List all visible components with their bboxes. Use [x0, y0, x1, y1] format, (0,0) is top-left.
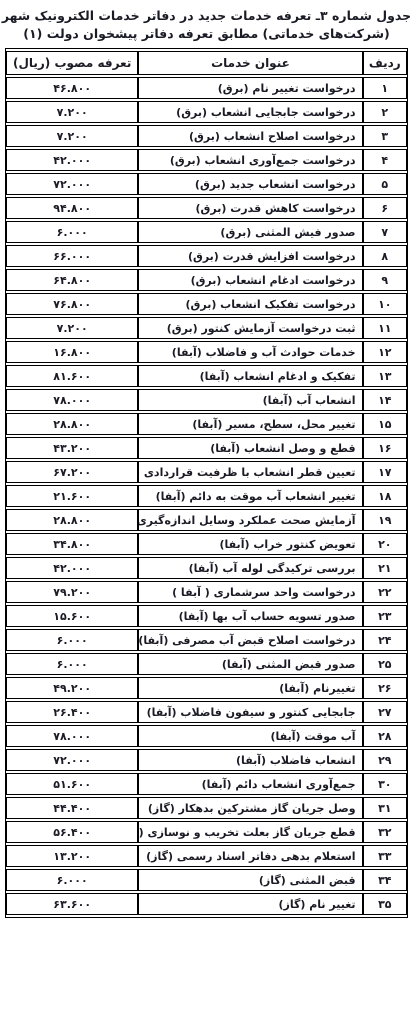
table-row: ۸درخواست افزایش قدرت (برق)۶۶.۰۰۰: [6, 245, 407, 267]
row-number-cell: ۲: [363, 101, 407, 123]
service-title-cell: بررسی ترکیدگی لوله آب (آبفا): [138, 557, 362, 579]
tariff-value-cell: ۶۳.۶۰۰: [6, 893, 138, 915]
row-number-cell: ۹: [363, 269, 407, 291]
table-row: ۲۷جابجایی کنتور و سیفون فاضلاب (آبفا)۲۶.…: [6, 701, 407, 723]
service-title-cell: خدمات حوادث آب و فاضلاب (آبفا): [138, 341, 362, 363]
service-title-cell: آزمایش صحت عملکرد وسایل اندازه‌گیری (آبف…: [138, 509, 362, 531]
service-title-cell: ثبت درخواست آزمایش کنتور (برق): [138, 317, 362, 339]
tariff-value-cell: ۱۶.۸۰۰: [6, 341, 138, 363]
tariff-value-cell: ۷۲.۰۰۰: [6, 173, 138, 195]
tariff-value-cell: ۲۸.۸۰۰: [6, 413, 138, 435]
tariff-value-cell: ۷۲.۰۰۰: [6, 749, 138, 771]
table-row: ۳۱وصل جریان گاز مشترکین بدهکار (گاز)۴۴.۴…: [6, 797, 407, 819]
row-number-cell: ۱۵: [363, 413, 407, 435]
tariff-value-cell: ۴۳.۲۰۰: [6, 437, 138, 459]
service-title-cell: قطع جریان گاز بعلت تخریب و نوسازی (گاز): [138, 821, 362, 843]
tariff-value-cell: ۴۲.۰۰۰: [6, 557, 138, 579]
row-number-cell: ۱۲: [363, 341, 407, 363]
page-title-line2: (شرکت‌های خدماتی) مطابق تعرفه دفاتر پیشخ…: [0, 25, 413, 43]
tariff-value-cell: ۴۲.۰۰۰: [6, 149, 138, 171]
table-row: ۱درخواست تغییر نام (برق)۴۶.۸۰۰: [6, 77, 407, 99]
table-row: ۳۳استعلام بدهی دفاتر اسناد رسمی (گاز)۱۳.…: [6, 845, 407, 867]
service-title-cell: تغییر نام (گاز): [138, 893, 362, 915]
row-number-cell: ۱: [363, 77, 407, 99]
tariff-value-cell: ۵۶.۴۰۰: [6, 821, 138, 843]
tariff-value-cell: ۶.۰۰۰: [6, 653, 138, 675]
table-row: ۳۰جمع‌آوری انشعاب دائم (آبفا)۵۱.۶۰۰: [6, 773, 407, 795]
service-title-cell: وصل جریان گاز مشترکین بدهکار (گاز): [138, 797, 362, 819]
service-title-cell: درخواست کاهش قدرت (برق): [138, 197, 362, 219]
tariff-value-cell: ۶.۰۰۰: [6, 869, 138, 891]
table-row: ۲۴درخواست اصلاح قبض آب مصرفی (آبفا)۶.۰۰۰: [6, 629, 407, 651]
header-service-title: عنوان خدمات: [138, 51, 362, 75]
service-title-cell: جابجایی کنتور و سیفون فاضلاب (آبفا): [138, 701, 362, 723]
service-title-cell: تعیین قطر انشعاب با ظرفیت قراردادی (آبفا…: [138, 461, 362, 483]
service-title-cell: انشعاب فاضلاب (آبفا): [138, 749, 362, 771]
tariff-table-body: ۱درخواست تغییر نام (برق)۴۶.۸۰۰۲درخواست ج…: [6, 77, 407, 915]
tariff-value-cell: ۶۷.۲۰۰: [6, 461, 138, 483]
table-row: ۱۵تغییر محل، سطح، مسیر (آبفا)۲۸.۸۰۰: [6, 413, 407, 435]
service-title-cell: درخواست تفکیک انشعاب (برق): [138, 293, 362, 315]
row-number-cell: ۳۲: [363, 821, 407, 843]
tariff-value-cell: ۳۴.۸۰۰: [6, 533, 138, 555]
row-number-cell: ۱۹: [363, 509, 407, 531]
table-row: ۲۸آب موقت (آبفا)۷۸.۰۰۰: [6, 725, 407, 747]
page-title-line1: جدول شماره ۳ـ تعرفه خدمات جدید در دفاتر …: [0, 7, 413, 25]
table-row: ۱۴انشعاب آب (آبفا)۷۸.۰۰۰: [6, 389, 407, 411]
tariff-value-cell: ۱۳.۲۰۰: [6, 845, 138, 867]
service-title-cell: صدور تسویه حساب آب بها (آبفا): [138, 605, 362, 627]
table-row: ۵درخواست انشعاب جدید (برق)۷۲.۰۰۰: [6, 173, 407, 195]
tariff-value-cell: ۹۴.۸۰۰: [6, 197, 138, 219]
tariff-value-cell: ۶۶.۰۰۰: [6, 245, 138, 267]
table-row: ۲۹انشعاب فاضلاب (آبفا)۷۲.۰۰۰: [6, 749, 407, 771]
service-title-cell: استعلام بدهی دفاتر اسناد رسمی (گاز): [138, 845, 362, 867]
header-row-number: ردیف: [363, 51, 407, 75]
table-row: ۱۸تغییر انشعاب آب موقت به دائم (آبفا)۲۱.…: [6, 485, 407, 507]
table-row: ۱۰درخواست تفکیک انشعاب (برق)۷۶.۸۰۰: [6, 293, 407, 315]
table-row: ۱۲خدمات حوادث آب و فاضلاب (آبفا)۱۶.۸۰۰: [6, 341, 407, 363]
row-number-cell: ۱۰: [363, 293, 407, 315]
service-title-cell: تعویض کنتور خراب (آبفا): [138, 533, 362, 555]
table-row: ۲۲درخواست واحد سرشماری ( آبفا )۷۹.۲۰۰: [6, 581, 407, 603]
tariff-value-cell: ۵۱.۶۰۰: [6, 773, 138, 795]
row-number-cell: ۶: [363, 197, 407, 219]
table-row: ۱۱ثبت درخواست آزمایش کنتور (برق)۷.۲۰۰: [6, 317, 407, 339]
table-row: ۳۲قطع جریان گاز بعلت تخریب و نوسازی (گاز…: [6, 821, 407, 843]
service-title-cell: صدور قبض المثنی (آبفا): [138, 653, 362, 675]
row-number-cell: ۱۸: [363, 485, 407, 507]
tariff-value-cell: ۲۶.۴۰۰: [6, 701, 138, 723]
tariff-value-cell: ۱۵.۶۰۰: [6, 605, 138, 627]
table-row: ۲۰تعویض کنتور خراب (آبفا)۳۴.۸۰۰: [6, 533, 407, 555]
row-number-cell: ۴: [363, 149, 407, 171]
tariff-value-cell: ۷.۲۰۰: [6, 125, 138, 147]
table-row: ۹درخواست ادغام انشعاب (برق)۶۴.۸۰۰: [6, 269, 407, 291]
service-title-cell: درخواست جابجایی انشعاب (برق): [138, 101, 362, 123]
tariff-value-cell: ۷۶.۸۰۰: [6, 293, 138, 315]
row-number-cell: ۲۵: [363, 653, 407, 675]
tariff-value-cell: ۶۴.۸۰۰: [6, 269, 138, 291]
table-row: ۲۳صدور تسویه حساب آب بها (آبفا)۱۵.۶۰۰: [6, 605, 407, 627]
table-row: ۳درخواست اصلاح انشعاب (برق)۷.۲۰۰: [6, 125, 407, 147]
tariff-value-cell: ۲۸.۸۰۰: [6, 509, 138, 531]
row-number-cell: ۳۳: [363, 845, 407, 867]
table-row: ۷صدور فیش المثنی (برق)۶.۰۰۰: [6, 221, 407, 243]
service-title-cell: درخواست تغییر نام (برق): [138, 77, 362, 99]
tariff-value-cell: ۷۸.۰۰۰: [6, 389, 138, 411]
service-title-cell: درخواست اصلاح انشعاب (برق): [138, 125, 362, 147]
table-row: ۲۶تغییرنام (آبفا)۴۹.۲۰۰: [6, 677, 407, 699]
service-title-cell: درخواست افزایش قدرت (برق): [138, 245, 362, 267]
row-number-cell: ۲۷: [363, 701, 407, 723]
row-number-cell: ۱۴: [363, 389, 407, 411]
tariff-value-cell: ۶.۰۰۰: [6, 221, 138, 243]
table-row: ۲۵صدور قبض المثنی (آبفا)۶.۰۰۰: [6, 653, 407, 675]
row-number-cell: ۱۱: [363, 317, 407, 339]
table-row: ۱۹آزمایش صحت عملکرد وسایل اندازه‌گیری (آ…: [6, 509, 407, 531]
row-number-cell: ۳: [363, 125, 407, 147]
row-number-cell: ۲۶: [363, 677, 407, 699]
table-row: ۱۷تعیین قطر انشعاب با ظرفیت قراردادی (آب…: [6, 461, 407, 483]
service-title-cell: جمع‌آوری انشعاب دائم (آبفا): [138, 773, 362, 795]
tariff-value-cell: ۷.۲۰۰: [6, 317, 138, 339]
table-row: ۳۴قبض المثنی (گاز)۶.۰۰۰: [6, 869, 407, 891]
header-row: ردیف عنوان خدمات تعرفه مصوب (ریال): [6, 51, 407, 75]
row-number-cell: ۵: [363, 173, 407, 195]
service-title-cell: تغییر محل، سطح، مسیر (آبفا): [138, 413, 362, 435]
tariff-value-cell: ۴۶.۸۰۰: [6, 77, 138, 99]
table-row: ۴درخواست جمع‌آوری انشعاب (برق)۴۲.۰۰۰: [6, 149, 407, 171]
table-row: ۲۱بررسی ترکیدگی لوله آب (آبفا)۴۲.۰۰۰: [6, 557, 407, 579]
row-number-cell: ۳۱: [363, 797, 407, 819]
table-row: ۲درخواست جابجایی انشعاب (برق)۷.۲۰۰: [6, 101, 407, 123]
row-number-cell: ۳۴: [363, 869, 407, 891]
page-title: جدول شماره ۳ـ تعرفه خدمات جدید در دفاتر …: [0, 0, 413, 43]
table-row: ۱۳تفکیک و ادغام انشعاب (آبفا)۸۱.۶۰۰: [6, 365, 407, 387]
row-number-cell: ۲۹: [363, 749, 407, 771]
row-number-cell: ۳۵: [363, 893, 407, 915]
service-title-cell: درخواست واحد سرشماری ( آبفا ): [138, 581, 362, 603]
header-tariff: تعرفه مصوب (ریال): [6, 51, 138, 75]
service-title-cell: قبض المثنی (گاز): [138, 869, 362, 891]
tariff-table: ردیف عنوان خدمات تعرفه مصوب (ریال) ۱درخو…: [5, 48, 408, 918]
service-title-cell: تفکیک و ادغام انشعاب (آبفا): [138, 365, 362, 387]
row-number-cell: ۲۱: [363, 557, 407, 579]
tariff-value-cell: ۷.۲۰۰: [6, 101, 138, 123]
row-number-cell: ۲۴: [363, 629, 407, 651]
tariff-value-cell: ۴۹.۲۰۰: [6, 677, 138, 699]
tariff-value-cell: ۸۱.۶۰۰: [6, 365, 138, 387]
tariff-value-cell: ۷۸.۰۰۰: [6, 725, 138, 747]
service-title-cell: درخواست اصلاح قبض آب مصرفی (آبفا): [138, 629, 362, 651]
row-number-cell: ۱۳: [363, 365, 407, 387]
table-row: ۶درخواست کاهش قدرت (برق)۹۴.۸۰۰: [6, 197, 407, 219]
row-number-cell: ۸: [363, 245, 407, 267]
tariff-value-cell: ۷۹.۲۰۰: [6, 581, 138, 603]
service-title-cell: تغییر انشعاب آب موقت به دائم (آبفا): [138, 485, 362, 507]
tariff-value-cell: ۶.۰۰۰: [6, 629, 138, 651]
row-number-cell: ۲۰: [363, 533, 407, 555]
service-title-cell: درخواست ادغام انشعاب (برق): [138, 269, 362, 291]
service-title-cell: درخواست جمع‌آوری انشعاب (برق): [138, 149, 362, 171]
service-title-cell: تغییرنام (آبفا): [138, 677, 362, 699]
row-number-cell: ۳۰: [363, 773, 407, 795]
row-number-cell: ۱۷: [363, 461, 407, 483]
table-row: ۳۵تغییر نام (گاز)۶۳.۶۰۰: [6, 893, 407, 915]
service-title-cell: قطع و وصل انشعاب (آبفا): [138, 437, 362, 459]
row-number-cell: ۲۸: [363, 725, 407, 747]
row-number-cell: ۲۳: [363, 605, 407, 627]
row-number-cell: ۷: [363, 221, 407, 243]
tariff-table-head: ردیف عنوان خدمات تعرفه مصوب (ریال): [6, 51, 407, 75]
service-title-cell: انشعاب آب (آبفا): [138, 389, 362, 411]
row-number-cell: ۲۲: [363, 581, 407, 603]
tariff-value-cell: ۴۴.۴۰۰: [6, 797, 138, 819]
service-title-cell: آب موقت (آبفا): [138, 725, 362, 747]
tariff-value-cell: ۲۱.۶۰۰: [6, 485, 138, 507]
row-number-cell: ۱۶: [363, 437, 407, 459]
document-page: { "page": { "title_line1": "جدول شماره ۳…: [0, 0, 413, 1024]
service-title-cell: صدور فیش المثنی (برق): [138, 221, 362, 243]
table-row: ۱۶قطع و وصل انشعاب (آبفا)۴۳.۲۰۰: [6, 437, 407, 459]
service-title-cell: درخواست انشعاب جدید (برق): [138, 173, 362, 195]
